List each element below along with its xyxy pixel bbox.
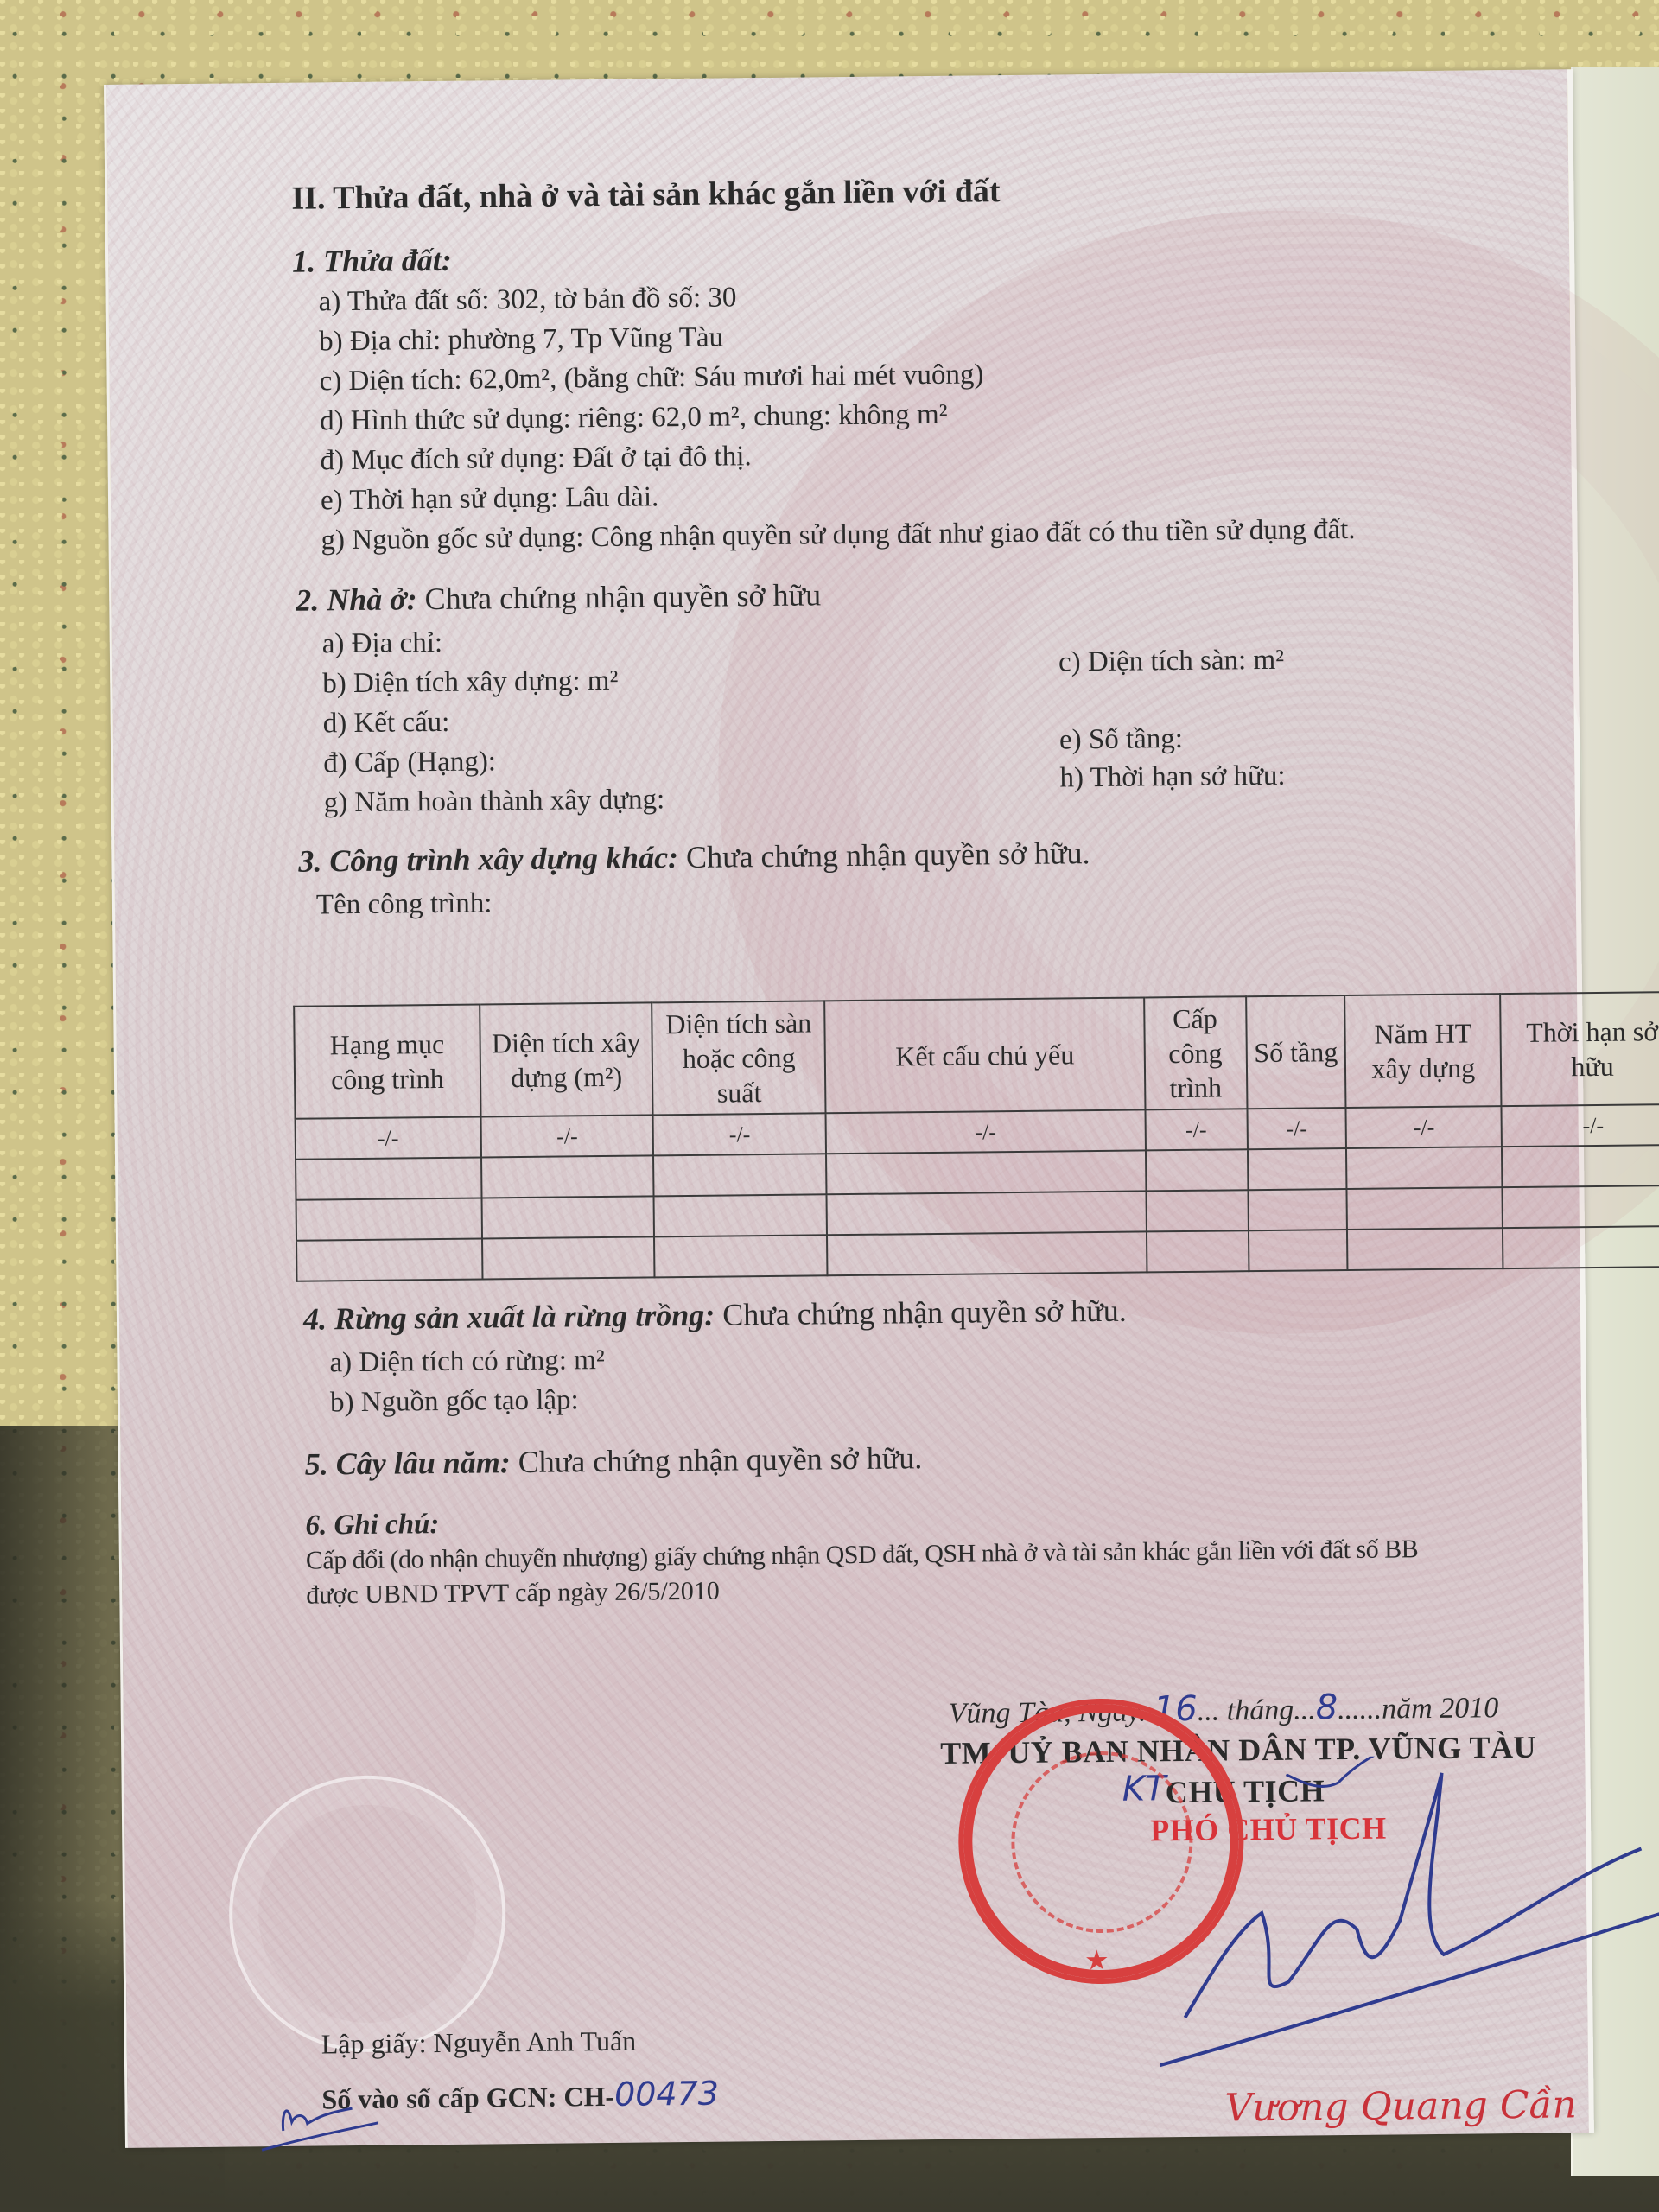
forest-item: b) Nguồn gốc tạo lập: bbox=[330, 1384, 579, 1419]
table-cell: -/- bbox=[826, 1109, 1146, 1154]
other-works-heading-label: 3. Công trình xây dựng khác: bbox=[298, 840, 678, 879]
perennial-heading-label: 5. Cây lâu năm: bbox=[305, 1445, 511, 1481]
table-cell bbox=[1146, 1149, 1248, 1191]
table-cell bbox=[296, 1238, 482, 1281]
land-heading: 1. Thửa đất: bbox=[292, 242, 452, 280]
page-content: II. Thửa đất, nhà ở và tài sản khác gắn … bbox=[188, 69, 1589, 2147]
table-cell: -/- bbox=[653, 1113, 826, 1155]
house-item: c) Diện tích sàn: m² bbox=[1058, 645, 1284, 679]
table-cell bbox=[1247, 1148, 1346, 1190]
notes-line: Cấp đổi (do nhận chuyển nhượng) giấy chứ… bbox=[306, 1535, 1419, 1575]
house-item: g) Năm hoàn thành xây dựng: bbox=[324, 784, 665, 819]
date-month: 8 bbox=[1315, 1688, 1338, 1727]
table-cell bbox=[1347, 1187, 1503, 1230]
table-cell bbox=[1503, 1185, 1659, 1228]
column-header: Kết cấu chủ yếu bbox=[824, 997, 1145, 1113]
table-cell: -/- bbox=[480, 1115, 653, 1157]
table-cell bbox=[1502, 1145, 1659, 1187]
section-title: II. Thửa đất, nhà ở và tài sản khác gắn … bbox=[291, 172, 1001, 218]
table-cell bbox=[654, 1235, 827, 1277]
forest-status: Chưa chứng nhận quyền sở hữu. bbox=[722, 1294, 1127, 1332]
signer-name: Vương Quang Cần bbox=[1224, 2082, 1577, 2130]
column-header: Số tầng bbox=[1246, 995, 1346, 1109]
column-header: Diện tích xây dựng (m²) bbox=[480, 1002, 653, 1116]
initials-signature bbox=[257, 2087, 387, 2158]
notes-line: được UBND TPVT cấp ngày 26/5/2010 bbox=[306, 1577, 720, 1611]
table-cell: -/- bbox=[1145, 1109, 1247, 1150]
table-cell bbox=[481, 1196, 654, 1238]
column-header: Hạng mục công trình bbox=[294, 1005, 480, 1119]
land-item: a) Thửa đất số: 302, tờ bản đồ số: 30 bbox=[318, 282, 736, 318]
column-header: Năm HT xây dựng bbox=[1345, 994, 1502, 1108]
land-item: đ) Mục đích sử dụng: Đất ở tại đô thị. bbox=[320, 441, 751, 477]
prepared-by: Lập giấy: Nguyễn Anh Tuấn bbox=[321, 2025, 637, 2061]
table-cell bbox=[481, 1155, 654, 1198]
forest-item: a) Diện tích có rừng: m² bbox=[329, 1344, 605, 1379]
table-cell bbox=[296, 1157, 481, 1199]
table-cell bbox=[1503, 1226, 1659, 1268]
perennial-status: Chưa chứng nhận quyền sở hữu. bbox=[518, 1440, 923, 1479]
table-cell bbox=[827, 1191, 1147, 1235]
table-cell: -/- bbox=[1502, 1104, 1659, 1147]
date-month-label: tháng bbox=[1227, 1694, 1294, 1727]
registry-number-value: 00473 bbox=[614, 2075, 719, 2113]
house-item: b) Diện tích xây dựng: m² bbox=[322, 665, 619, 701]
house-item: e) Số tầng: bbox=[1059, 723, 1183, 756]
land-item: b) Địa chỉ: phường 7, Tp Vũng Tàu bbox=[319, 322, 723, 359]
prepared-by-name: Nguyễn Anh Tuấn bbox=[433, 2025, 636, 2058]
table-cell: -/- bbox=[1346, 1106, 1502, 1148]
table-cell bbox=[1346, 1147, 1502, 1189]
table-cell bbox=[653, 1154, 826, 1196]
house-item: a) Địa chỉ: bbox=[322, 627, 443, 660]
table-cell bbox=[1147, 1230, 1249, 1272]
house-heading: 2. Nhà ở: Chưa chứng nhận quyền sở hữu bbox=[296, 576, 821, 618]
table-cell bbox=[1248, 1230, 1347, 1271]
house-status: Chưa chứng nhận quyền sở hữu bbox=[424, 577, 821, 616]
table-cell bbox=[296, 1198, 482, 1240]
land-item: d) Hình thức sử dụng: riêng: 62,0 m², ch… bbox=[320, 399, 948, 438]
land-item: c) Diện tích: 62,0m², (bằng chữ: Sáu mươ… bbox=[319, 359, 983, 397]
other-works-table: Hạng mục công trình Diện tích xây dựng (… bbox=[293, 991, 1659, 1282]
forest-heading: 4. Rừng sản xuất là rừng trồng: Chưa chứ… bbox=[303, 1293, 1127, 1338]
table-cell: -/- bbox=[296, 1116, 481, 1159]
other-works-status: Chưa chứng nhận quyền sở hữu. bbox=[686, 836, 1090, 874]
table-cell bbox=[1146, 1190, 1248, 1231]
prepared-by-label: Lập giấy: bbox=[321, 2027, 427, 2059]
table-cell bbox=[482, 1236, 655, 1279]
date-year: năm 2010 bbox=[1382, 1692, 1498, 1725]
house-item: đ) Cấp (Hạng): bbox=[323, 746, 496, 779]
handwritten-signature bbox=[1156, 1753, 1659, 2069]
table-cell bbox=[654, 1194, 827, 1236]
column-header: Diện tích sàn hoặc công suất bbox=[652, 1001, 826, 1115]
land-item: e) Thời hạn sử dụng: Lâu dài. bbox=[321, 481, 659, 517]
table-cell bbox=[826, 1150, 1146, 1194]
house-item: h) Thời hạn sở hữu: bbox=[1059, 760, 1286, 795]
work-name-label: Tên công trình: bbox=[316, 887, 493, 921]
forest-heading-label: 4. Rừng sản xuất là rừng trồng: bbox=[303, 1298, 715, 1337]
notes-heading: 6. Ghi chú: bbox=[305, 1509, 439, 1542]
column-header: Thời hạn sở hữu bbox=[1500, 992, 1659, 1106]
perennial-heading: 5. Cây lâu năm: Chưa chứng nhận quyền sở… bbox=[305, 1440, 923, 1482]
land-item: g) Nguồn gốc sử dụng: Công nhận quyền sử… bbox=[321, 514, 1355, 557]
house-item: d) Kết cấu: bbox=[323, 707, 450, 741]
column-header: Cấp công trình bbox=[1144, 996, 1247, 1109]
table-cell bbox=[827, 1231, 1147, 1275]
table-cell bbox=[1347, 1228, 1503, 1270]
table-cell bbox=[1248, 1189, 1347, 1230]
table-header-row: Hạng mục công trình Diện tích xây dựng (… bbox=[294, 992, 1659, 1119]
table-cell: -/- bbox=[1247, 1108, 1346, 1149]
house-heading-label: 2. Nhà ở: bbox=[296, 582, 417, 617]
stamp-star-icon: ★ bbox=[1086, 1946, 1108, 1974]
certificate-page: II. Thửa đất, nhà ở và tài sản khác gắn … bbox=[104, 69, 1594, 2148]
other-works-heading: 3. Công trình xây dựng khác: Chưa chứng … bbox=[298, 835, 1090, 880]
